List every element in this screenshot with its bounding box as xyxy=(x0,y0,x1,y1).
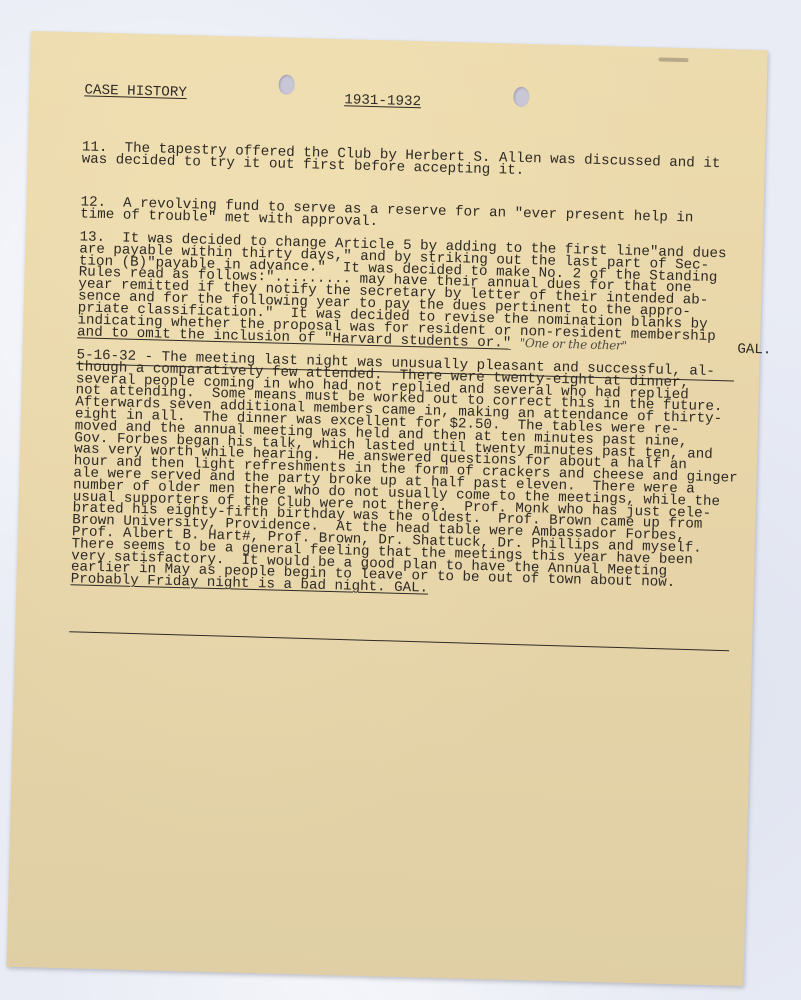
case-history-heading: CASE HISTORY xyxy=(84,84,187,100)
end-rule xyxy=(69,631,729,651)
signature-spacer xyxy=(626,339,737,358)
item-13: 13. It was decided to change Article 5 b… xyxy=(77,232,740,355)
entry-5-16-32: 5-16-32 - The meeting last night was unu… xyxy=(70,350,736,603)
document-page: CASE HISTORY 1931-1932 11. The tapestry … xyxy=(6,31,767,986)
item-11: 11. The tapestry offered the Club by Her… xyxy=(81,142,741,183)
years-heading: 1931-1932 xyxy=(344,94,421,109)
ink-smudge xyxy=(658,57,688,62)
punch-hole-right xyxy=(513,87,530,107)
handwritten-note: "One or the other" xyxy=(520,336,627,353)
item-13-signature: GAL. xyxy=(737,342,771,359)
punch-hole-left xyxy=(278,75,295,95)
